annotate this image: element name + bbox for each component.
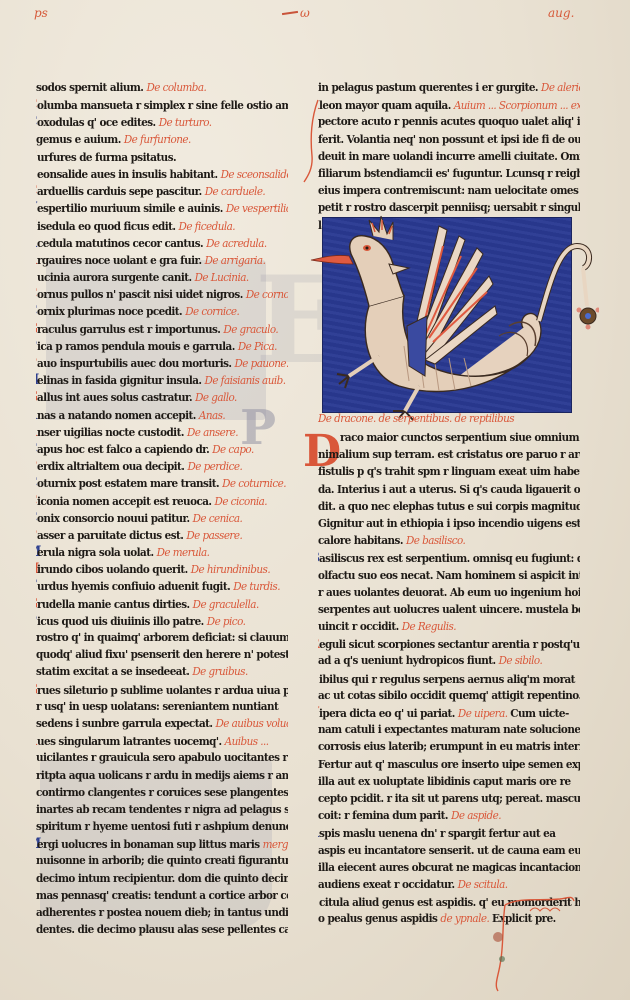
line-text: gemus e auium. <box>36 133 124 146</box>
line-text: raculus garrulus est r importunus. <box>37 323 223 336</box>
text-line: ritpta aqua uolicans r ardu in medijs ai… <box>36 767 288 785</box>
line-text: auo inspurtubilis auec dou morturis. <box>37 358 235 371</box>
text-line: da. Interius i aut a uterus. Si q's caud… <box>318 481 580 499</box>
text-line: mas pennasq' creatis: tendunt a cortice … <box>36 887 288 905</box>
line-text: serpentes aut uolucres ualent uincere. m… <box>318 604 580 617</box>
line-text: rgauires noce uolant e gra fuir. <box>37 255 205 268</box>
text-line: Fertur aut q' masculus ore inserto uipe … <box>318 756 580 774</box>
line-text: illa eiecent aures obcurat ne magicas in… <box>318 861 580 874</box>
line-text: nimalium sup terram. est cristatus ore p… <box>318 449 580 462</box>
folio-mark-center: ω <box>300 6 310 20</box>
text-line: Turdus hyemis confiuio aduenit fugit. De… <box>36 578 288 596</box>
rubric: De gruibus. <box>192 666 247 679</box>
line-text: erdix altrialtem oua decipit. <box>37 461 187 474</box>
rubric: De basilisco. <box>406 535 465 548</box>
line-text: oturnix post estatem mare transit. <box>37 478 222 491</box>
rubric: De columba. <box>146 82 206 95</box>
line-text: nas a natando nomen accepit. <box>37 409 199 422</box>
line-text: ibilus qui r regulus serpens aernus aliq… <box>319 673 575 686</box>
text-line: Seonsalide aues in insulis habitant. De … <box>36 166 288 184</box>
rubric: De vespertilione. <box>226 203 288 216</box>
text-line: Aspis maslu uenena dn' r spargit fertur … <box>318 825 580 843</box>
rubric: De auibus volucris. <box>216 718 288 731</box>
text-line: Fisedula eo quod ficus edit. De ficedula… <box>36 217 288 235</box>
line-text: uicilantes r grauicula sero apabulo uoci… <box>36 752 288 765</box>
text-line: r aues uolantes deuorat. Ab eum uo ingen… <box>318 584 580 602</box>
rubric: De arrigaria. <box>205 255 266 268</box>
text-line: ferit. Volantia neq' non possunt et ipsi… <box>318 131 580 149</box>
line-text: apus hoc est falco a capiendo dr. <box>37 444 212 457</box>
line-text: elinas in fasida gignitur insula. <box>37 375 205 388</box>
line-text: ergi uolucres in bonaman sup littus mari… <box>37 839 263 852</box>
text-line: Pica p ramos pendula mouis e garrula. De… <box>36 337 288 355</box>
rubric: De merula. <box>157 547 210 560</box>
rubric: De scitula. <box>458 879 508 892</box>
text-line: Columba mansueta r simplex r sine felle … <box>36 97 288 115</box>
text-line: illa aut ex uoluptate libidinis caput ma… <box>318 773 580 791</box>
right-text-column-bottom: raco maior cunctos serpentium siue omniu… <box>318 430 580 928</box>
text-line: Anas a natando nomen accepit. Anas. <box>36 406 288 424</box>
text-line: Anser uigilias nocte custodit. De ansere… <box>36 423 288 441</box>
line-text: eguli sicut scorpiones sectantur arentia… <box>319 639 580 652</box>
text-line: ad a q's ueniunt hydropicos fiunt. De si… <box>318 653 580 671</box>
text-line: Aleon mayor quam aquila. Auium ... Scorp… <box>318 97 580 115</box>
text-line: Aues singularum latrantes uocemq'. Auibu… <box>36 733 288 751</box>
line-text: ucinia aurora surgente canit. <box>37 272 195 285</box>
line-text: ica p ramos pendula mouis e garrula. <box>37 341 238 354</box>
text-line: Coturnix post estatem mare transit. De c… <box>36 475 288 493</box>
text-line: in pelagus pastum querentes i er gurgite… <box>318 80 580 98</box>
line-text: ad a q's ueniunt hydropicos fiunt. <box>318 655 499 668</box>
line-text: urdus hyemis confiuio aduenit fugit. <box>37 581 233 594</box>
line-text: ritpta aqua uolicans r ardu in medijs ai… <box>36 769 288 782</box>
text-line: dentes. die decimo plausu alas sese pell… <box>36 922 288 940</box>
text-line: dit. a quo nec elephas tutus e sui corpi… <box>318 498 580 516</box>
rubric: De hirundinibus. <box>191 564 270 577</box>
text-line: Passer a paruitate dictus est. De passer… <box>36 526 288 544</box>
text-line: r usq' in uesp uolatans: sereniantem nun… <box>36 698 288 716</box>
text-line: Furfures de furma psitatus. <box>36 148 288 166</box>
text-line: contirmo clangentes r coruices sese plan… <box>36 784 288 802</box>
text-line: Perdix altrialtem oua decipit. De perdic… <box>36 458 288 476</box>
text-line: Picus quod uis diuiinis illo patre. De p… <box>36 612 288 630</box>
text-line: audiens exeat r occidatur. De scitula. <box>318 876 580 894</box>
left-text-column: sodos spernit alium. De columba. Columba… <box>36 80 288 939</box>
line-text: spiritum r hyeme uentosi futi r ashpium … <box>36 821 288 834</box>
line-text: erula nigra sola uolat. <box>37 547 157 560</box>
line-text: o pealus genus aspidis <box>318 913 440 926</box>
folio-mark-left: ps <box>34 6 48 20</box>
rubric: De graculo. <box>223 323 278 336</box>
rubric: Auibus ... <box>225 736 269 749</box>
line-text: irundo cibos uolando querit. <box>37 564 191 577</box>
rubric: Auium ... Scorpionum ... expedro. <box>454 100 580 113</box>
rubric: De uipera. <box>458 708 510 721</box>
line-text: illa aut ex uoluptate libidinis caput ma… <box>318 775 571 788</box>
text-line: Grues sileturio p sublime uolantes r ard… <box>36 681 288 699</box>
text-line: Basiliscus rex est serpentium. omnisq eu… <box>318 550 580 568</box>
line-text: in pelagus pastum querentes i er gurgite… <box>318 82 541 95</box>
flourish-initial-a <box>302 96 326 186</box>
rubric: de ypnale. <box>440 913 492 926</box>
pen-flourish-decoration <box>490 895 580 995</box>
line-text: eius impera contremiscunt: nam uelocitat… <box>318 185 580 198</box>
rubric: De sibilo. <box>499 655 543 668</box>
text-line: deuit in mare uolandi incurre amelli ciu… <box>318 148 580 166</box>
line-text: calore habitans. <box>318 535 406 548</box>
line-text: sodos spernit alium. <box>36 82 146 95</box>
rubric: De ciconia. <box>215 495 267 508</box>
text-line: Hirundo cibos uolando querit. De hirundi… <box>36 561 288 579</box>
text-line: decimo intum recipientur. dom die quinto… <box>36 870 288 888</box>
line-text: audiens exeat r occidatur. <box>318 879 458 892</box>
text-line: Mergi uolucres in bonaman sup littus mar… <box>36 836 288 854</box>
line-text: decimo intum recipientur. dom die quinto… <box>36 872 288 885</box>
manuscript-page: ps ω aug. P E sodos spernit alium. De co… <box>0 0 630 1000</box>
text-line: Ciconia nomen accepit est reuoca. De cic… <box>36 492 288 510</box>
line-text: inartes ab recam tendentes r nigra ad pe… <box>36 804 288 817</box>
text-line: adherentes r postea nouem dieb; in tantu… <box>36 905 288 923</box>
text-line: pectore acuto r pennis acutes quoquo ual… <box>318 114 580 132</box>
line-text-continuation: Cum uicte- <box>510 708 569 721</box>
line-text: arduellis carduis sepe pascitur. <box>37 186 205 199</box>
text-line: Reguli sicut scorpiones sectantur arenti… <box>318 636 580 654</box>
line-text: asser a paruitate dictus est. <box>37 530 186 543</box>
text-line: quodq' aliud fixu' psenserit den herere … <box>36 647 288 665</box>
line-text: nuisonne in arborib; die quinto creati f… <box>36 855 288 868</box>
rubric: De cenica. <box>193 512 243 525</box>
line-text: filiarum bstendiamcii es' fuguntur. Lcun… <box>318 168 580 181</box>
text-line: statim excitat a se insedeeat. De gruibu… <box>36 664 288 682</box>
line-text: icus quod uis diuiinis illo patre. <box>37 616 207 629</box>
line-text: olumba mansueta r simplex r sine felle o… <box>37 100 288 113</box>
line-text: Fertur aut q' masculus ore inserto uipe … <box>318 758 580 771</box>
line-text: coit: r femina dum parit. <box>318 810 451 823</box>
text-line: Cornix plurimas noce pcedit. De cornice. <box>36 303 288 321</box>
rubric: De pauone. <box>235 358 288 371</box>
line-text: eonsalide aues in insulis habitant. <box>37 169 221 182</box>
rubric: De capo. <box>212 444 253 457</box>
line-text: spis maslu uenena dn' r spargit fertur a… <box>319 828 555 841</box>
text-line: uicilantes r grauicula sero apabulo uoci… <box>36 750 288 768</box>
rubric: De faisianis auib. <box>205 375 286 388</box>
rubric: mergis. <box>263 839 288 852</box>
text-line: Vipera dicta eo q' ui pariat. De uipera.… <box>318 705 580 723</box>
line-text: quodq' aliud fixu' psenserit den herere … <box>36 649 288 662</box>
line-text: espertilio muriuum simile e auinis. <box>37 203 226 216</box>
rubric: De graculella. <box>193 598 259 611</box>
line-text: iconia nomen accepit est reuoca. <box>37 495 215 508</box>
text-line: Conix consorcio nouui patitur. De cenica… <box>36 509 288 527</box>
text-line: Carduellis carduis sepe pascitur. De car… <box>36 183 288 201</box>
text-line: ac ut cotas sibilo occidit quemq' attigi… <box>318 687 580 705</box>
line-text: dit. a quo nec elephas tutus e sui corpi… <box>318 500 580 513</box>
text-line: serpentes aut uolucres ualent uincere. m… <box>318 601 580 619</box>
rubric: De corno. <box>246 289 288 302</box>
line-text: rostro q' in quaimq' arborem deficiat: s… <box>36 632 288 645</box>
text-line: Argauires noce uolant e gra fuir. De arr… <box>36 251 288 269</box>
line-text: sedens i sunbre garrula expectat. <box>36 718 216 731</box>
text-line: Vespertilio muriuum simile e auinis. De … <box>36 200 288 218</box>
rubric: De gallo. <box>195 392 237 405</box>
rubric: De aspide. <box>451 810 501 823</box>
text-line: sedens i sunbre garrula expectat. De aui… <box>36 716 288 734</box>
line-text: olfactu suo eos necat. Nam hominem si as… <box>318 569 580 582</box>
text-line: Acedula matutinos cecor cantus. De acred… <box>36 234 288 252</box>
line-text: cedula matutinos cecor cantus. <box>37 237 206 250</box>
line-text: allus int aues solus castratur. <box>37 392 195 405</box>
rubric: De cornice. <box>185 306 239 319</box>
line-text: rudella manie cantus dirties. <box>37 598 193 611</box>
text-line: Cornus pullos n' pascit nisi uidet nigro… <box>36 286 288 304</box>
rubric: De passere. <box>186 530 242 543</box>
text-line: Helinas in fasida gignitur insula. De fa… <box>36 372 288 390</box>
text-line: Gallus int aues solus castratur. De gall… <box>36 389 288 407</box>
line-text: ac ut cotas sibilo occidit quemq' attigi… <box>318 689 580 702</box>
text-line: eius impera contremiscunt: nam uelocitat… <box>318 183 580 201</box>
text-line: spiritum r hyeme uentosi futi r ashpium … <box>36 819 288 837</box>
line-text: mas pennasq' creatis: tendunt a cortice … <box>36 889 288 902</box>
rubric: De alerione. <box>541 82 580 95</box>
rubric: De ficedula. <box>179 220 236 233</box>
line-text: asiliscus rex est serpentium. omnisq eu … <box>319 553 580 566</box>
rubric: De Lucinia. <box>195 272 249 285</box>
text-line: illa eiecent aures obcurat ne magicas in… <box>318 859 580 877</box>
dragon-rubric: De dracone. de serpentibus. de reptilibu… <box>318 411 580 428</box>
rubric: De sceonsalide. <box>221 169 288 182</box>
text-line: nuisonne in arborib; die quinto creati f… <box>36 853 288 871</box>
text-line: Gignitur aut in ethiopia i ipso incendio… <box>318 516 580 534</box>
text-line: uincit r occidit. De Regulis. <box>318 619 580 637</box>
line-text: aspis eu incantatore senserit. ut de cau… <box>318 844 580 857</box>
rubric-line: De dracone. de serpentibus. de reptilibu… <box>318 411 580 429</box>
line-text: oxodulas q' oce edites. <box>37 117 159 130</box>
line-text: deuit in mare uolandi incurre amelli ciu… <box>318 150 580 163</box>
line-text: isedula eo quod ficus edit. <box>37 220 179 233</box>
catchword-stroke <box>282 11 298 15</box>
line-text: urfures de furma psitatus. <box>37 151 176 164</box>
text-line: fistulis p q's trahit spm r linguam exea… <box>318 464 580 482</box>
text-line: Lucinia aurora surgente canit. De Lucini… <box>36 269 288 287</box>
line-text: cepto pcidit. r ita sit ut parens utq; p… <box>318 793 580 806</box>
line-text: ornus pullos n' pascit nisi uidet nigros… <box>37 289 246 302</box>
rubric: De ansere. <box>187 426 238 439</box>
text-line: corrosis eius laterib; erumpunt in eu ma… <box>318 739 580 757</box>
text-line: sodos spernit alium. De columba. <box>36 80 288 98</box>
text-line: gemus e auium. De furfurione. <box>36 131 288 149</box>
text-line: aspis eu incantatore senserit. ut de cau… <box>318 842 580 860</box>
rubric: De furfurione. <box>124 133 191 146</box>
line-text: corrosis eius laterib; erumpunt in eu ma… <box>318 741 580 754</box>
rubric: De perdice. <box>187 461 242 474</box>
line-text: adherentes r postea nouem dieb; in tantu… <box>36 907 288 920</box>
text-line: coit: r femina dum parit. De aspide. <box>318 808 580 826</box>
rubric: De turturo. <box>159 117 212 130</box>
line-text: fistulis p q's trahit spm r linguam exea… <box>318 466 580 479</box>
text-line: Pauo inspurtubilis auec dou morturis. De… <box>36 355 288 373</box>
text-line: filiarum bstendiamcii es' fuguntur. Lcun… <box>318 166 580 184</box>
line-text: nam catuli i expectantes maturam nate so… <box>318 724 580 737</box>
rubric: De Regulis. <box>402 621 456 634</box>
text-line: raco maior cunctos serpentium siue omniu… <box>318 430 580 448</box>
text-line: calore habitans. De basilisco. <box>318 533 580 551</box>
line-text: dentes. die decimo plausu alas sese pell… <box>36 924 288 937</box>
text-line: cepto pcidit. r ita sit ut parens utq; p… <box>318 791 580 809</box>
rubric: Anas. <box>199 409 225 422</box>
dragon-illustration <box>309 206 599 426</box>
line-text: contirmo clangentes r coruices sese plan… <box>36 786 288 799</box>
line-text: Gignitur aut in ethiopia i ipso incendio… <box>318 518 580 531</box>
text-line: rostro q' in quaimq' arborem deficiat: s… <box>36 630 288 648</box>
line-text: pectore acuto r pennis acutes quoquo ual… <box>318 116 580 129</box>
rubric: De pico. <box>207 616 246 629</box>
rubric: De acredula. <box>206 237 266 250</box>
line-text: nser uigilias nocte custodit. <box>37 426 187 439</box>
dragon-miniature <box>322 217 572 413</box>
line-text: ferit. Volantia neq' non possunt et ipsi… <box>318 133 580 146</box>
line-text: onix consorcio nouui patitur. <box>37 512 193 525</box>
line-text: rues sileturio p sublime uolantes r ardu… <box>37 684 288 697</box>
text-line: Graculus garrulus est r importunus. De g… <box>36 320 288 338</box>
rubric: De turdis. <box>233 581 280 594</box>
folio-number: aug. <box>548 6 574 20</box>
line-text: r aues uolantes deuorat. Ab eum uo ingen… <box>318 586 580 599</box>
line-text: ornix plurimas noce pcedit. <box>37 306 185 319</box>
text-line: nimalium sup terram. est cristatus ore p… <box>318 447 580 465</box>
text-line: Capus hoc est falco a capiendo dr. De ca… <box>36 441 288 459</box>
text-line: nam catuli i expectantes maturam nate so… <box>318 722 580 740</box>
line-text: raco maior cunctos serpentium siue omniu… <box>340 432 580 445</box>
line-text: r usq' in uesp uolatans: sereniantem nun… <box>36 700 278 713</box>
text-line: inartes ab recam tendentes r nigra ad pe… <box>36 801 288 819</box>
line-text: ipera dicta eo q' ui pariat. <box>319 708 458 721</box>
text-line: olfactu suo eos necat. Nam hominem si as… <box>318 567 580 585</box>
rubric: De Pica. <box>238 341 277 354</box>
text-line: Merula nigra sola uolat. De merula. <box>36 544 288 562</box>
line-text: statim excitat a se insedeeat. <box>36 666 192 679</box>
text-line: Sibilus qui r regulus serpens aernus ali… <box>318 670 580 688</box>
rubric: De coturnice. <box>222 478 286 491</box>
line-text: da. Interius i aut a uterus. Si q's caud… <box>318 483 580 496</box>
line-text: ues singularum latrantes uocemq'. <box>37 736 225 749</box>
line-text: leon mayor quam aquila. <box>319 100 454 113</box>
text-line: Grudella manie cantus dirties. De gracul… <box>36 595 288 613</box>
rubric: De carduele. <box>205 186 265 199</box>
text-line: Coxodulas q' oce edites. De turturo. <box>36 114 288 132</box>
line-text: uincit r occidit. <box>318 621 402 634</box>
